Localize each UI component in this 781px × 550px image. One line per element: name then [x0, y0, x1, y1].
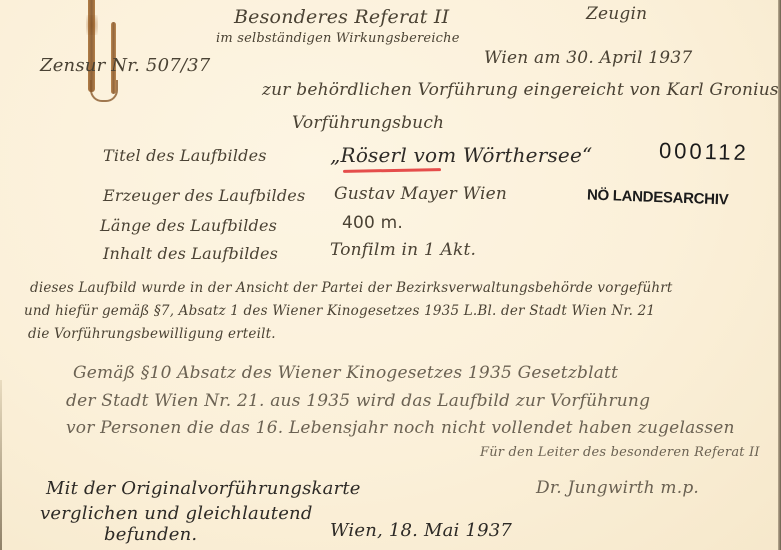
field-label-producer: Erzeuger des Laufbildes	[103, 186, 305, 205]
field-value-title: „Röserl vom Wörthersee“	[330, 143, 592, 167]
field-label-content: Inhalt des Laufbildes	[103, 244, 278, 263]
register-subtitle: Vorführungsbuch	[292, 113, 444, 133]
field-label-length: Länge des Laufbildes	[100, 216, 277, 235]
field-value-length: 400 m.	[342, 213, 403, 233]
body-1-line-1: dieses Laufbild wurde in der Ansicht der…	[30, 280, 673, 296]
footer-line-2: verglichen und gleichlautend	[40, 503, 313, 524]
footer-line-1: Mit der Originalvorführungskarte	[46, 478, 361, 499]
signature-for-line: Für den Leiter des besonderen Referat II	[480, 445, 760, 460]
footer-line-3: befunden.	[104, 524, 197, 545]
footer-place-date: Wien, 18. Mai 1937	[330, 520, 512, 541]
department-title: Besonderes Referat II	[234, 6, 449, 28]
body-1-line-2: und hiefür gemäß §7, Absatz 1 des Wiener…	[24, 303, 655, 319]
department-subtitle: im selbständigen Wirkungsbereiche	[216, 31, 460, 46]
body-2-line-1: Gemäß §10 Absatz des Wiener Kinogesetzes…	[73, 363, 618, 383]
place-date: Wien am 30. April 1937	[484, 48, 692, 68]
archive-number-stamp: 000112	[659, 138, 749, 166]
reference-number: Zensur Nr. 507/37	[40, 55, 210, 76]
top-right-note: Zeugin	[586, 4, 647, 24]
field-value-producer: Gustav Mayer Wien	[334, 184, 507, 204]
submission-line: zur behördlichen Vorführung eingereicht …	[262, 80, 779, 100]
staple-mark	[88, 0, 95, 92]
field-value-content: Tonfilm in 1 Akt.	[330, 240, 476, 260]
body-2-line-2: der Stadt Wien Nr. 21. aus 1935 wird das…	[66, 391, 650, 411]
signature: Dr. Jungwirth m.p.	[536, 478, 699, 498]
paper-edge-left	[0, 380, 2, 550]
staple-loop	[90, 80, 118, 102]
field-label-title: Titel des Laufbildes	[103, 146, 267, 165]
body-1-line-3: die Vorführungsbewilligung erteilt.	[28, 326, 276, 342]
body-2-line-3: vor Personen die das 16. Lebensjahr noch…	[66, 418, 735, 438]
